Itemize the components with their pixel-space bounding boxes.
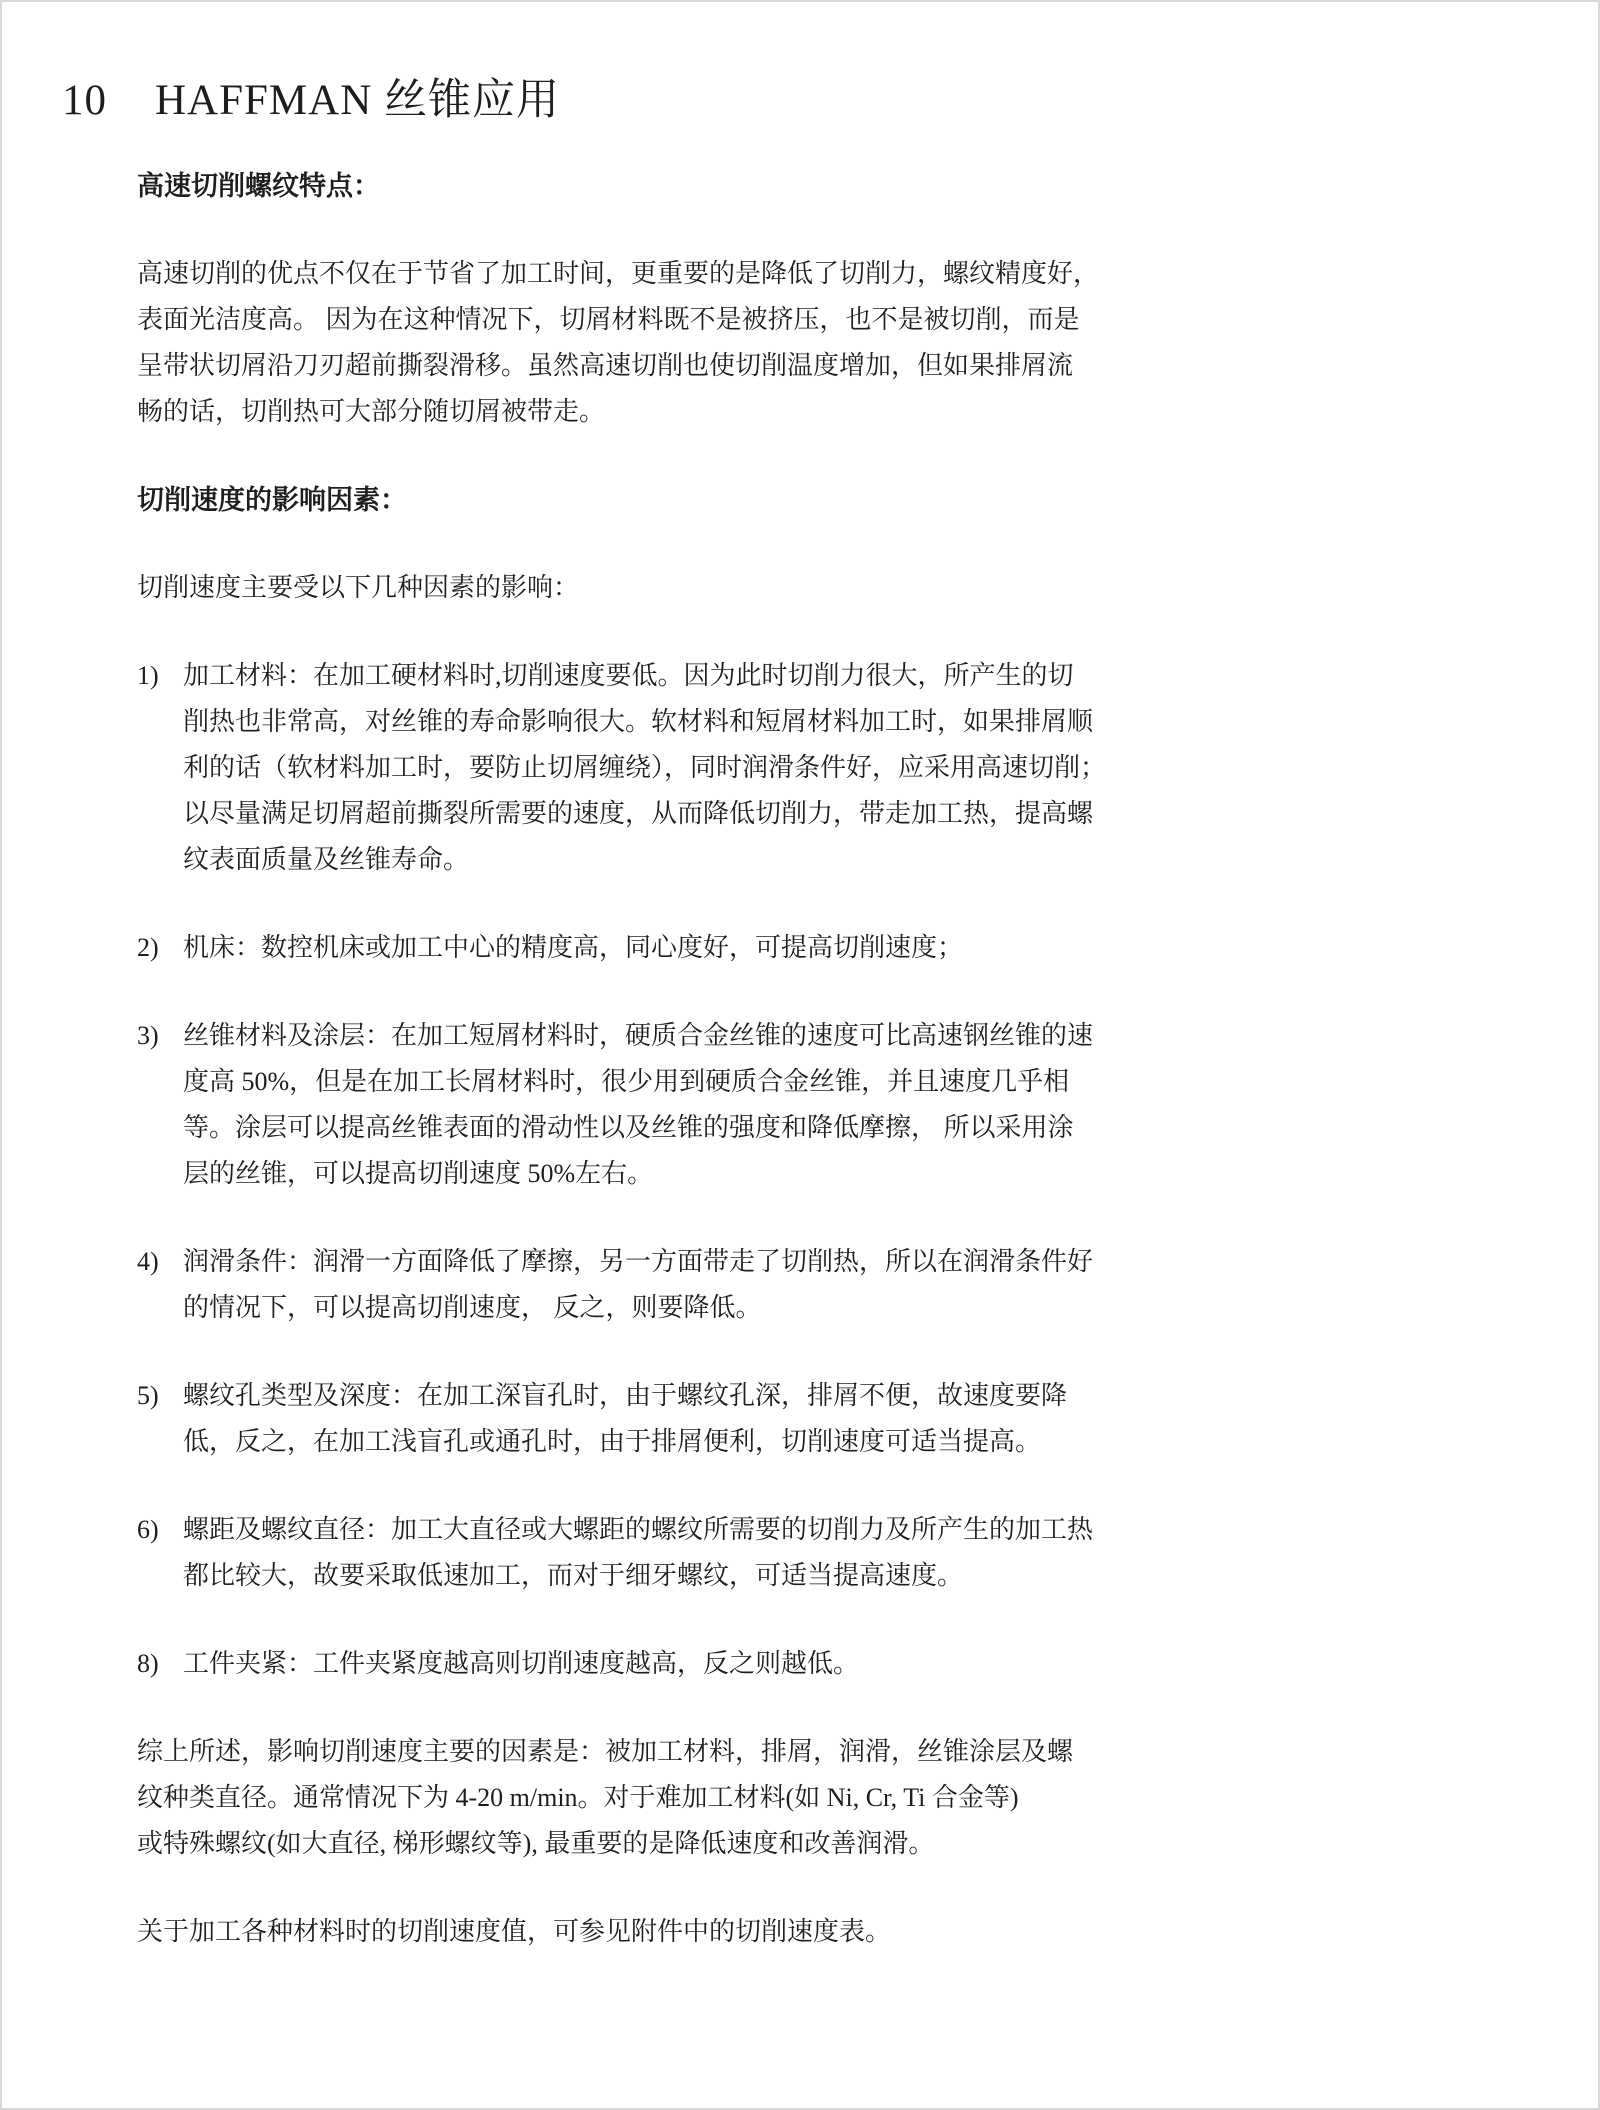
list-item-text: 螺距及螺纹直径：加工大直径或大螺距的螺纹所需要的切削力及所产生的加工热 都比较大… [183, 1507, 1167, 1599]
list-item-material: 1) 加工材料：在加工硬材料时,切削速度要低。因为此时切削力很大，所产生的切 削… [137, 653, 1167, 883]
document-page: 10 HAFFMAN 丝锥应用 高速切削螺纹特点： 高速切削的优点不仅在于节省了… [0, 0, 1600, 2110]
page-title: 10 HAFFMAN 丝锥应用 [62, 66, 1598, 127]
paragraph-summary: 综上所述，影响切削速度主要的因素是：被加工材料，排屑，润滑，丝锥涂层及螺 纹种类… [137, 1729, 1167, 1867]
list-item-text: 加工材料：在加工硬材料时,切削速度要低。因为此时切削力很大，所产生的切 削热也非… [183, 653, 1167, 883]
list-number: 4) [137, 1239, 183, 1331]
page-title-text: HAFFMAN 丝锥应用 [155, 66, 560, 127]
list-item-text: 机床：数控机床或加工中心的精度高，同心度好，可提高切削速度； [183, 925, 1167, 971]
list-item-lubrication: 4) 润滑条件：润滑一方面降低了摩擦，另一方面带走了切削热，所以在润滑条件好 的… [137, 1239, 1167, 1331]
list-number: 6) [137, 1507, 183, 1599]
list-number: 1) [137, 653, 183, 883]
list-number: 8) [137, 1641, 183, 1687]
paragraph-highspeed: 高速切削的优点不仅在于节省了加工时间，更重要的是降低了切削力，螺纹精度好， 表面… [137, 251, 1167, 435]
list-item-workpiece-clamping: 8) 工件夹紧：工件夹紧度越高则切削速度越高，反之则越低。 [137, 1641, 1167, 1687]
section-heading-factors: 切削速度的影响因素： [137, 477, 1167, 523]
document-body: 高速切削螺纹特点： 高速切削的优点不仅在于节省了加工时间，更重要的是降低了切削力… [137, 163, 1167, 1955]
list-number: 5) [137, 1373, 183, 1465]
list-item-text: 螺纹孔类型及深度：在加工深盲孔时，由于螺纹孔深，排屑不便，故速度要降 低，反之，… [183, 1373, 1167, 1465]
list-item-tap-material-coating: 3) 丝锥材料及涂层：在加工短屑材料时，硬质合金丝锥的速度可比高速钢丝锥的速 度… [137, 1013, 1167, 1197]
section-heading-highspeed: 高速切削螺纹特点： [137, 163, 1167, 209]
list-item-hole-type-depth: 5) 螺纹孔类型及深度：在加工深盲孔时，由于螺纹孔深，排屑不便，故速度要降 低，… [137, 1373, 1167, 1465]
list-item-text: 工件夹紧：工件夹紧度越高则切削速度越高，反之则越低。 [183, 1641, 1167, 1687]
list-item-machine: 2) 机床：数控机床或加工中心的精度高，同心度好，可提高切削速度； [137, 925, 1167, 971]
list-item-text: 润滑条件：润滑一方面降低了摩擦，另一方面带走了切削热，所以在润滑条件好 的情况下… [183, 1239, 1167, 1331]
list-number: 3) [137, 1013, 183, 1197]
list-item-pitch-diameter: 6) 螺距及螺纹直径：加工大直径或大螺距的螺纹所需要的切削力及所产生的加工热 都… [137, 1507, 1167, 1599]
page-number: 10 [62, 76, 107, 125]
list-number: 2) [137, 925, 183, 971]
list-item-text: 丝锥材料及涂层：在加工短屑材料时，硬质合金丝锥的速度可比高速钢丝锥的速 度高 5… [183, 1013, 1167, 1197]
paragraph-intro: 切削速度主要受以下几种因素的影响： [137, 565, 1167, 611]
paragraph-footer-note: 关于加工各种材料时的切削速度值，可参见附件中的切削速度表。 [137, 1909, 1167, 1955]
